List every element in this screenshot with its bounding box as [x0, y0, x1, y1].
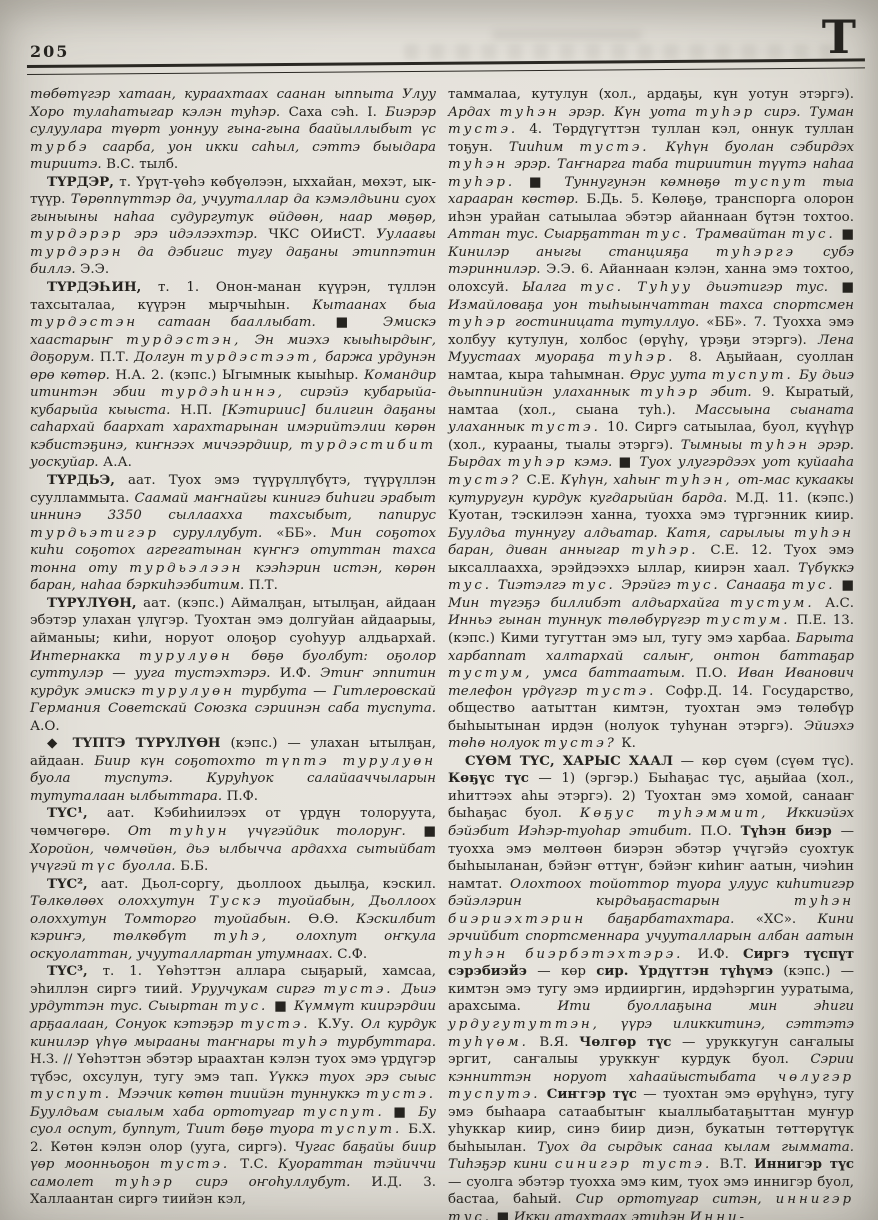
- text-run: сатаан бааллыбат.: [138, 315, 316, 330]
- text-run: Өрус уута: [630, 368, 712, 383]
- text-run: эрэр. Таҥнарга таба тириитин түүтэ наһаа: [508, 157, 854, 172]
- text-run: Сиҥгэр түс: [547, 1086, 637, 1102]
- text-run: тус.: [224, 999, 268, 1014]
- text-run: А.С.: [815, 596, 854, 611]
- text-run: туһэн,: [665, 473, 732, 488]
- text-run: И.Ф.: [271, 666, 321, 681]
- text-run: — көр: [527, 964, 596, 979]
- text-run: ТҮРДЭҺИН,: [47, 279, 141, 295]
- text-run: турулуөн: [141, 684, 235, 699]
- text-run: Икки атахтаах этиһэн: [514, 1210, 690, 1220]
- text-run: [624, 280, 637, 295]
- text-run: түс: [81, 859, 118, 874]
- text-run: ТҮС¹,: [47, 805, 88, 821]
- text-run: Уулаағы: [376, 227, 436, 242]
- text-run: турдэстээт,: [190, 350, 320, 365]
- text-run: П.Т.: [244, 578, 278, 593]
- text-run: туһэн: [750, 438, 810, 453]
- text-run: ТҮРДЬЭ,: [47, 472, 115, 488]
- text-run: түптэ турулуөн: [266, 754, 436, 769]
- text-run: Туһуу: [637, 280, 693, 295]
- text-run: [628, 964, 638, 979]
- text-run: С.Ф.: [333, 947, 367, 962]
- text-run: К.: [617, 736, 636, 751]
- text-run: Көҕус туһэммит,: [580, 806, 769, 821]
- text-run: туһэн: [500, 105, 560, 120]
- text-run: ТҮС²,: [47, 876, 88, 892]
- text-run: тустэ.: [579, 140, 649, 155]
- entry-paragraph: ТҮРДЭР, т. Үрүт-үөһэ көбүөлээн, ыххайан,…: [30, 174, 436, 279]
- text-run: Чөлгөр түс: [579, 1034, 671, 1050]
- text-run: туһэр: [115, 1175, 175, 1190]
- text-run: ТҮРДЭР,: [47, 174, 114, 190]
- text-run: туһэргэ: [716, 245, 796, 260]
- text-run: ■: [836, 578, 854, 593]
- text-run: туһэн: [448, 157, 508, 172]
- text-run: турдьэлээн: [129, 561, 243, 576]
- text-run: турдэстэн,: [126, 333, 241, 348]
- text-run: С.Е.: [521, 473, 560, 488]
- entry-paragraph: ТҮС¹, аат. Кэбиһиилээх от үрдүн толоруут…: [30, 805, 436, 875]
- text-run: гостиницата тутуллуо.: [508, 315, 699, 330]
- entry-paragraph: төбөтүгэр хатаан, кураахтаах саанан ыппы…: [30, 86, 436, 174]
- text-run: ТҮРҮЛҮӨН,: [47, 595, 137, 611]
- text-run: Үрдүттэн түһүмэ: [639, 963, 773, 979]
- text-run: аат. Дьол-соргу, дьоллоох дьылҕа, кэскил…: [88, 877, 436, 892]
- text-run: тустум,: [448, 666, 532, 681]
- entry-paragraph: таммалаа, кутулун (хол., ардаҕы, күн уот…: [448, 86, 854, 753]
- text-run: ТҮПТЭ ТҮРҮЛҮӨН: [73, 735, 221, 751]
- bleed-through-smudge: [404, 44, 843, 60]
- text-run: Күһүн буолан сэбирдэх: [650, 140, 854, 155]
- text-run: СҮӨМ ТҮС, ХАРЫС ХААЛ: [465, 753, 673, 769]
- text-run: сирэ. Туман: [755, 105, 854, 120]
- text-run: Трамвайтан: [690, 227, 792, 242]
- text-run: Тускэ: [209, 894, 263, 909]
- text-run: уоскуйар.: [30, 455, 99, 470]
- entry-paragraph: ТҮРДЬЭ, аат. Туох эмэ түүрүллүбүтэ, түүр…: [30, 472, 436, 595]
- text-run: үчүгэйдик толоруҥ.: [230, 824, 406, 839]
- text-run: Н.А. 2. (кэпс.) Ыгымнык кыыһыр.: [110, 368, 364, 383]
- text-run: тустэ.: [366, 1087, 436, 1102]
- text-run: тустэ.: [240, 1017, 310, 1032]
- text-run: умса баттаатым.: [532, 666, 685, 681]
- text-run: Тиэтэлгэ: [492, 578, 572, 593]
- text-run: турбуттара.: [330, 1035, 436, 1050]
- entry-paragraph: ТҮРДЭҺИН, т. 1. Онон-манан күүрэн, түллэ…: [30, 279, 436, 472]
- text-run: синигэр тустэ.: [555, 1157, 712, 1172]
- column-right: таммалаа, кутулун (хол., ардаҕы, күн уот…: [448, 86, 854, 1200]
- text-run: Күһүн, хаһыҥ: [560, 473, 665, 488]
- text-run: тустэ.: [531, 420, 601, 435]
- text-run: «ББ».: [262, 526, 330, 541]
- text-run: Т.С.: [230, 1157, 278, 1172]
- text-run: Ыалга: [522, 280, 580, 295]
- text-run: Үүккэ туох эрэ сыыс: [269, 1070, 436, 1085]
- text-run: тустэ.: [323, 982, 393, 997]
- text-run: сир.: [596, 963, 628, 979]
- text-run: баран, диван анныгар: [448, 543, 631, 558]
- text-run: Туннугунэн көмнөҕө: [564, 175, 734, 190]
- text-run: туһэ: [282, 1035, 330, 1050]
- text-run: ◆: [47, 736, 73, 751]
- text-run: ЧКС ОИиСТ.: [258, 227, 377, 242]
- text-run: Интернакка: [30, 649, 139, 664]
- text-run: Мээчик көтөн тиийэн туннуккэ: [112, 1087, 366, 1102]
- text-run: туспут.: [30, 1087, 112, 1102]
- text-run: Б.Б.: [176, 859, 209, 874]
- text-run: ТҮС³,: [47, 963, 88, 979]
- text-run: ■: [828, 280, 854, 295]
- text-run: тустум.: [730, 596, 814, 611]
- text-run: Мин түгэҕэ биллибэт алдьархайга: [448, 596, 730, 611]
- text-run: Долгун: [134, 350, 190, 365]
- text-run: И.Ф.: [683, 947, 743, 962]
- text-run: туһүөм.: [448, 1035, 529, 1050]
- text-run: турбэ: [30, 140, 89, 155]
- text-run: К.Уу.: [310, 1017, 360, 1032]
- text-run: ■: [268, 999, 294, 1014]
- text-run: туһэн биэрбэтэхтэрэ.: [448, 947, 683, 962]
- text-run: П.О.: [685, 666, 738, 681]
- text-run: тустум.: [706, 613, 790, 628]
- text-run: кэмэ.: [568, 455, 613, 470]
- text-run: Түһэн биэр: [741, 823, 832, 839]
- text-run: Көҕүс түс: [448, 770, 529, 786]
- text-run: тус.: [580, 280, 624, 295]
- text-run: ■: [492, 1210, 514, 1220]
- text-run: Инни-: [690, 1210, 747, 1220]
- text-run: туһэр: [640, 385, 700, 400]
- text-run: сирэ оҥоһуллубут.: [175, 1175, 351, 1190]
- text-columns: төбөтүгэр хатаан, кураахтаах саанан ыппы…: [30, 86, 854, 1200]
- text-run: Тымныы: [681, 438, 750, 453]
- text-run: тус.: [572, 578, 616, 593]
- text-run: П.Ф.: [222, 789, 258, 804]
- text-run: Түбүккэ: [798, 561, 854, 576]
- text-run: Туох улугэрдээх уот куйааһа: [639, 455, 854, 470]
- text-run: туһэр: [508, 455, 568, 470]
- text-run: турдэстибит: [300, 438, 436, 453]
- text-run: туспут.: [320, 1122, 402, 1137]
- text-run: суруллубут.: [159, 526, 262, 541]
- text-run: саарба, уон икки саһыл, сэттэ быыдара ти…: [30, 140, 436, 173]
- text-run: турдэһиннэ,: [161, 385, 285, 400]
- guide-letter: Т: [822, 14, 856, 60]
- text-run: Инньэ гынан туннук төлөбүрүгэр: [448, 613, 706, 628]
- text-run: ■: [836, 227, 854, 242]
- text-run: Төрөппүттэр да, учууталлар да кэмэлдьини…: [30, 192, 436, 225]
- text-run: тус.: [792, 227, 836, 242]
- text-run: Санааҕа: [721, 578, 792, 593]
- column-left: төбөтүгэр хатаан, кураахтаах саанан ыппы…: [30, 86, 436, 1200]
- text-run: «ХС».: [734, 912, 817, 927]
- text-run: турдэрэр: [30, 227, 123, 242]
- text-run: туһэр.: [608, 350, 675, 365]
- text-run: В.Т.: [712, 1157, 754, 1172]
- text-run: эрэ идэлээхтэр.: [123, 227, 257, 242]
- text-run: Төлкөлөөх олоххутун: [30, 894, 209, 909]
- text-run: туһэр: [448, 315, 508, 330]
- text-run: Кытаанах быа: [312, 298, 436, 313]
- text-run: туһэр: [695, 105, 755, 120]
- text-run: ■: [385, 1105, 419, 1120]
- text-run: тус.: [677, 578, 721, 593]
- text-run: Аттан тус. Сыарҕаттан: [448, 227, 646, 242]
- entry-paragraph: СҮӨМ ТҮС, ХАРЫС ХААЛ — көр сүөм (сүөм тү…: [448, 753, 854, 1220]
- text-run: туһэ,: [214, 929, 270, 944]
- scanned-dictionary-page: 205 Т төбөтүгэр хатаан, кураахтаах саана…: [0, 0, 878, 1220]
- text-run: Ити буоллаҕына мин эһиги: [558, 999, 854, 1014]
- entry-paragraph: ТҮС³, т. 1. Үөһэттэн аллара сыҕарый, хам…: [30, 963, 436, 1209]
- text-run: Сир ортотугар ситэн,: [576, 1192, 776, 1207]
- text-run: Иннигэр түс: [754, 1156, 854, 1172]
- text-run: таммалаа, кутулун (хол., ардаҕы, күн уот…: [448, 87, 854, 102]
- text-run: тустэ.: [448, 122, 518, 137]
- text-run: Кинилэр аныгы станцияҕа: [448, 245, 716, 260]
- text-run: эбит.: [700, 385, 752, 400]
- text-run: ■: [406, 824, 436, 839]
- text-run: тустэ?: [544, 736, 617, 751]
- text-run: В.С. тылб.: [102, 157, 179, 172]
- text-run: тус.: [791, 578, 835, 593]
- text-run: Саха сэһ. I.: [280, 105, 385, 120]
- text-run: тустэ.: [160, 1157, 230, 1172]
- text-run: Эрэйгэ: [616, 578, 677, 593]
- text-run: П.О.: [692, 824, 741, 839]
- text-run: турдэстэн: [30, 315, 138, 330]
- text-run: тус.: [448, 578, 492, 593]
- text-run: туһун: [169, 824, 229, 839]
- text-run: Тииһим: [509, 140, 580, 155]
- text-run: А.О.: [30, 719, 60, 734]
- text-run: турдьэтигэр: [30, 526, 159, 541]
- text-run: турулуөн: [139, 649, 233, 664]
- text-run: дьиэтигэр тус.: [693, 280, 828, 295]
- page-number: 205: [30, 42, 69, 61]
- text-run: тус.: [646, 227, 690, 242]
- entry-paragraph: ◆ ТҮПТЭ ТҮРҮЛҮӨН (кэпс.) — улахан ытылҕа…: [30, 735, 436, 805]
- text-run: туспут.: [303, 1105, 385, 1120]
- text-run: Биир күн соҕотохто: [94, 754, 265, 769]
- text-run: Н.П.: [170, 403, 222, 418]
- bleed-through-smudge: [492, 30, 642, 40]
- text-run: ■: [316, 315, 383, 330]
- text-run: эрэр. Күн уота: [560, 105, 695, 120]
- text-run: тустэ?: [448, 473, 521, 488]
- text-run: Буулдьа туннугу алдьатар. Катя, сарылыы: [448, 526, 794, 541]
- text-run: В.Я.: [529, 1035, 579, 1050]
- text-run: Буулдьам сыалым хаба ортотугар: [30, 1105, 303, 1120]
- text-run: буолла.: [118, 859, 176, 874]
- text-run: Ө.Ө.: [291, 912, 356, 927]
- text-run: От: [128, 824, 169, 839]
- entry-paragraph: ТҮС², аат. Дьол-соргу, дьоллоох дьылҕа, …: [30, 876, 436, 964]
- text-run: туспут: [734, 175, 809, 190]
- text-run: турдэрэн: [30, 245, 124, 260]
- text-run: тустэ.: [586, 684, 656, 699]
- text-run: туһэр.: [631, 543, 698, 558]
- text-run: П.Т.: [95, 350, 135, 365]
- text-run: А.А.: [99, 455, 132, 470]
- text-run: Уруучукам сиргэ: [191, 982, 323, 997]
- text-run: Ардах: [448, 105, 500, 120]
- entry-paragraph: ТҮРҮЛҮӨН, аат. (кэпс.) Аймалҕан, ытылҕан…: [30, 595, 436, 735]
- text-run: үүрэ иликкитинэ, сэттэтэ: [600, 1017, 854, 1032]
- header-rule: [27, 58, 865, 75]
- text-run: ■: [612, 455, 639, 470]
- text-run: ■: [515, 175, 564, 190]
- text-run: Э.Э.: [76, 262, 110, 277]
- text-run: — көр сүөм (сүөм түс).: [673, 754, 854, 769]
- text-run: Измайловаҕа уон тыһыынчаттан тахса спорт…: [448, 298, 854, 313]
- text-run: туһэн: [794, 526, 854, 541]
- text-run: туспут.: [712, 368, 794, 383]
- text-run: урдугутуттэн,: [448, 1017, 600, 1032]
- text-run: баҕарбатахтара.: [586, 912, 734, 927]
- text-run: туһэр.: [448, 175, 515, 190]
